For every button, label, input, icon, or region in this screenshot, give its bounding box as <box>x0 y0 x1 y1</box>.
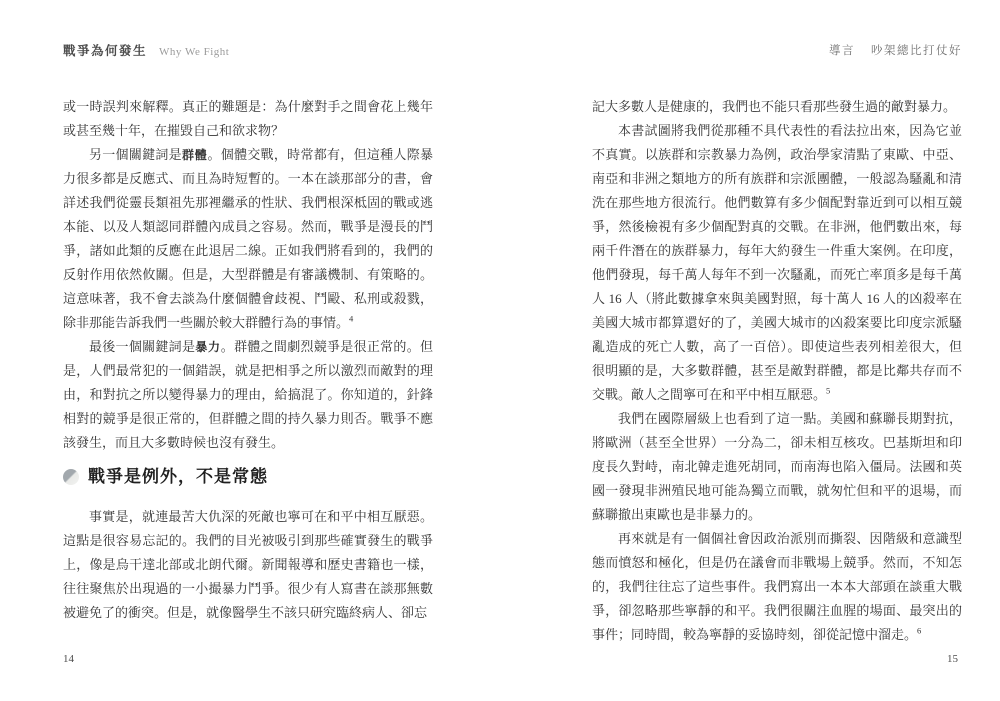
sphere-icon <box>63 469 79 485</box>
paragraph: 事實是，就連最苦大仇深的死敵也寧可在和平中相互厭惡。這點是很容易忘記的。我們的目… <box>63 505 433 625</box>
book-title-zh: 戰爭為何發生 <box>63 44 147 58</box>
section-label: 導言 <box>829 45 855 57</box>
text-run: 本書試圖將我們從那種不具代表性的看法拉出來，因為它並不真實。以族群和宗教暴力為例… <box>592 123 962 402</box>
running-head-left: 戰爭為何發生Why We Fight <box>63 41 229 60</box>
text-run: 最後一個關鍵詞是 <box>89 339 195 354</box>
keyword-bold: 暴力 <box>195 340 221 354</box>
page-number-right: 15 <box>947 653 958 665</box>
paragraph: 本書試圖將我們從那種不具代表性的看法拉出來，因為它並不真實。以族群和宗教暴力為例… <box>592 119 962 407</box>
chapter-title: 吵架總比打仗好 <box>871 45 962 57</box>
left-paragraphs-bottom: 事實是，就連最苦大仇深的死敵也寧可在和平中相互厭惡。這點是很容易忘記的。我們的目… <box>63 505 433 625</box>
paragraph: 或一時誤判來解釋。真正的難題是：為什麼對手之間會花上幾年或甚至幾十年，在摧毀自己… <box>63 95 433 143</box>
footnote-ref: 5 <box>826 386 830 396</box>
left-page-body: 或一時誤判來解釋。真正的難題是：為什麼對手之間會花上幾年或甚至幾十年，在摧毀自己… <box>63 95 433 625</box>
right-page-body: 記大多數人是健康的，我們也不能只看那些發生過的敵對暴力。本書試圖將我們從那種不具… <box>592 95 962 647</box>
text-run: 或一時誤判來解釋。真正的難題是：為什麼對手之間會花上幾年或甚至幾十年，在摧毀自己… <box>63 99 433 138</box>
paragraph: 記大多數人是健康的，我們也不能只看那些發生過的敵對暴力。 <box>592 95 962 119</box>
paragraph: 另一個關鍵詞是群體。個體交戰，時常都有，但這種人際暴力很多都是反應式、而且為時短… <box>63 143 433 335</box>
paragraph: 我們在國際層級上也看到了這一點。美國和蘇聯長期對抗，將歐洲（甚至全世界）一分為二… <box>592 407 962 527</box>
text-run: 記大多數人是健康的，我們也不能只看那些發生過的敵對暴力。 <box>592 99 956 114</box>
text-run: 另一個關鍵詞是 <box>89 147 182 162</box>
book-spread: 戰爭為何發生Why We Fight 導言吵架總比打仗好 或一時誤判來解釋。真正… <box>0 0 1000 701</box>
section-heading: 戰爭是例外，不是常態 <box>63 465 433 489</box>
paragraph: 最後一個關鍵詞是暴力。群體之間劇烈競爭是很正常的。但是，人們最常犯的一個錯誤，就… <box>63 335 433 455</box>
section-heading-text: 戰爭是例外，不是常態 <box>88 465 268 489</box>
text-run: 我們在國際層級上也看到了這一點。美國和蘇聯長期對抗，將歐洲（甚至全世界）一分為二… <box>592 411 962 522</box>
text-run: 再來就是有一個個社會因政治派別而撕裂、因階級和意識型態而憤怒和極化，但是仍在議會… <box>592 531 962 642</box>
text-run: 。群體之間劇烈競爭是很正常的。但是，人們最常犯的一個錯誤，就是把相爭之所以激烈而… <box>63 339 433 450</box>
footnote-ref: 6 <box>917 626 921 636</box>
page-number-left: 14 <box>63 653 74 665</box>
book-title-en: Why We Fight <box>159 46 229 58</box>
text-run: 事實是，就連最苦大仇深的死敵也寧可在和平中相互厭惡。這點是很容易忘記的。我們的目… <box>63 509 433 620</box>
paragraph: 再來就是有一個個社會因政治派別而撕裂、因階級和意識型態而憤怒和極化，但是仍在議會… <box>592 527 962 647</box>
running-head-right: 導言吵架總比打仗好 <box>829 41 962 59</box>
keyword-bold: 群體 <box>182 148 208 162</box>
text-run: 。個體交戰，時常都有，但這種人際暴力很多都是反應式、而且為時短暫的。一本在談那部… <box>63 147 433 330</box>
right-paragraphs: 記大多數人是健康的，我們也不能只看那些發生過的敵對暴力。本書試圖將我們從那種不具… <box>592 95 962 647</box>
left-paragraphs-top: 或一時誤判來解釋。真正的難題是：為什麼對手之間會花上幾年或甚至幾十年，在摧毀自己… <box>63 95 433 455</box>
footnote-ref: 4 <box>349 314 353 324</box>
